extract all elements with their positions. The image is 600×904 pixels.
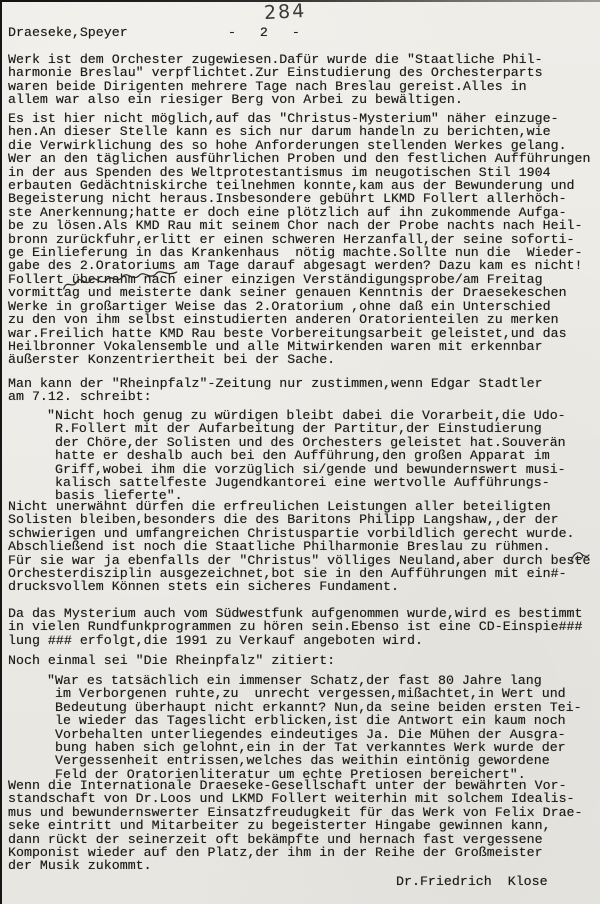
- handwritten-page-number: 284: [263, 0, 306, 24]
- signature: Dr.Friedrich Klose: [396, 875, 548, 888]
- paragraph-2: Es ist hier nicht möglich,auf das "Chris…: [8, 112, 591, 367]
- photocopy-left-edge-artifact: [0, 0, 2, 904]
- paragraph-6: Noch einmal sei "Die Rheinpfalz" zitiert…: [8, 654, 335, 667]
- paragraph-4: Nicht unerwähnt dürfen die erfreulichen …: [8, 500, 591, 594]
- quote-1: "Nicht hoch genug zu würdigen bleibt dab…: [47, 409, 566, 503]
- typed-page-number: - 2 -: [228, 26, 300, 39]
- scanned-typewritten-page: 284 Draeseke,Speyer - 2 - Werk ist dem O…: [0, 0, 600, 904]
- paragraph-5: Da das Mysterium auch vom Südwestfunk au…: [8, 607, 583, 647]
- doc-header-left: Draeseke,Speyer: [8, 26, 128, 39]
- paragraph-1: Werk ist dem Orchester zugewiesen.Dafür …: [8, 53, 543, 107]
- paragraph-3: Man kann der "Rheinpfalz"-Zeitung nur zu…: [8, 377, 543, 404]
- paragraph-7: Wenn die Internationale Draeseke-Gesells…: [8, 779, 583, 873]
- quote-2: "War es tatsächlich ein immenser Schatz,…: [47, 674, 582, 781]
